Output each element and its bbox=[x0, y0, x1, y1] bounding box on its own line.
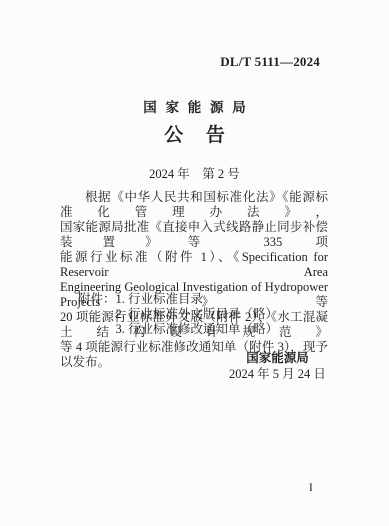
issue-number: 2024 年 第 2 号 bbox=[0, 164, 389, 182]
announcement-title: 公告 bbox=[0, 120, 389, 147]
attachment-item: 1. 行业标准目录 bbox=[116, 292, 279, 307]
attachment-item: 2. 行业标准外文版目录（略） bbox=[116, 307, 279, 322]
attachment-item: 3. 行业标准修改通知单（略） bbox=[116, 322, 279, 337]
agency-name: 国家能源局 bbox=[0, 96, 389, 116]
body-line: 根据《中华人民共和国标准化法》《能源标准化管理办法》， bbox=[60, 190, 328, 220]
announcement-body: 根据《中华人民共和国标准化法》《能源标准化管理办法》， 国家能源局批准《直接申入… bbox=[60, 190, 328, 370]
signature-block: 国家能源局 2024 年 5 月 24 日 bbox=[229, 350, 326, 382]
attachments-block: 附件： 1. 行业标准目录 2. 行业标准外文版目录（略） 3. 行业标准修改通… bbox=[78, 292, 278, 337]
doc-number: DL/T 5111—2024 bbox=[220, 54, 320, 70]
page-number: I bbox=[309, 482, 313, 494]
announcement-page: DL/T 5111—2024 国家能源局 公告 2024 年 第 2 号 根据《… bbox=[0, 0, 389, 526]
body-line: 能源行业标准（附件 1）、《Specification for Reservoi… bbox=[60, 250, 328, 280]
attachments-list: 1. 行业标准目录 2. 行业标准外文版目录（略） 3. 行业标准修改通知单（略… bbox=[116, 292, 279, 337]
signature-date: 2024 年 5 月 24 日 bbox=[229, 366, 326, 382]
signature-org: 国家能源局 bbox=[246, 350, 309, 366]
attachments-label: 附件： bbox=[78, 292, 116, 307]
body-line: 国家能源局批准《直接申入式线路静止同步补偿装置》等 335 项 bbox=[60, 220, 328, 250]
